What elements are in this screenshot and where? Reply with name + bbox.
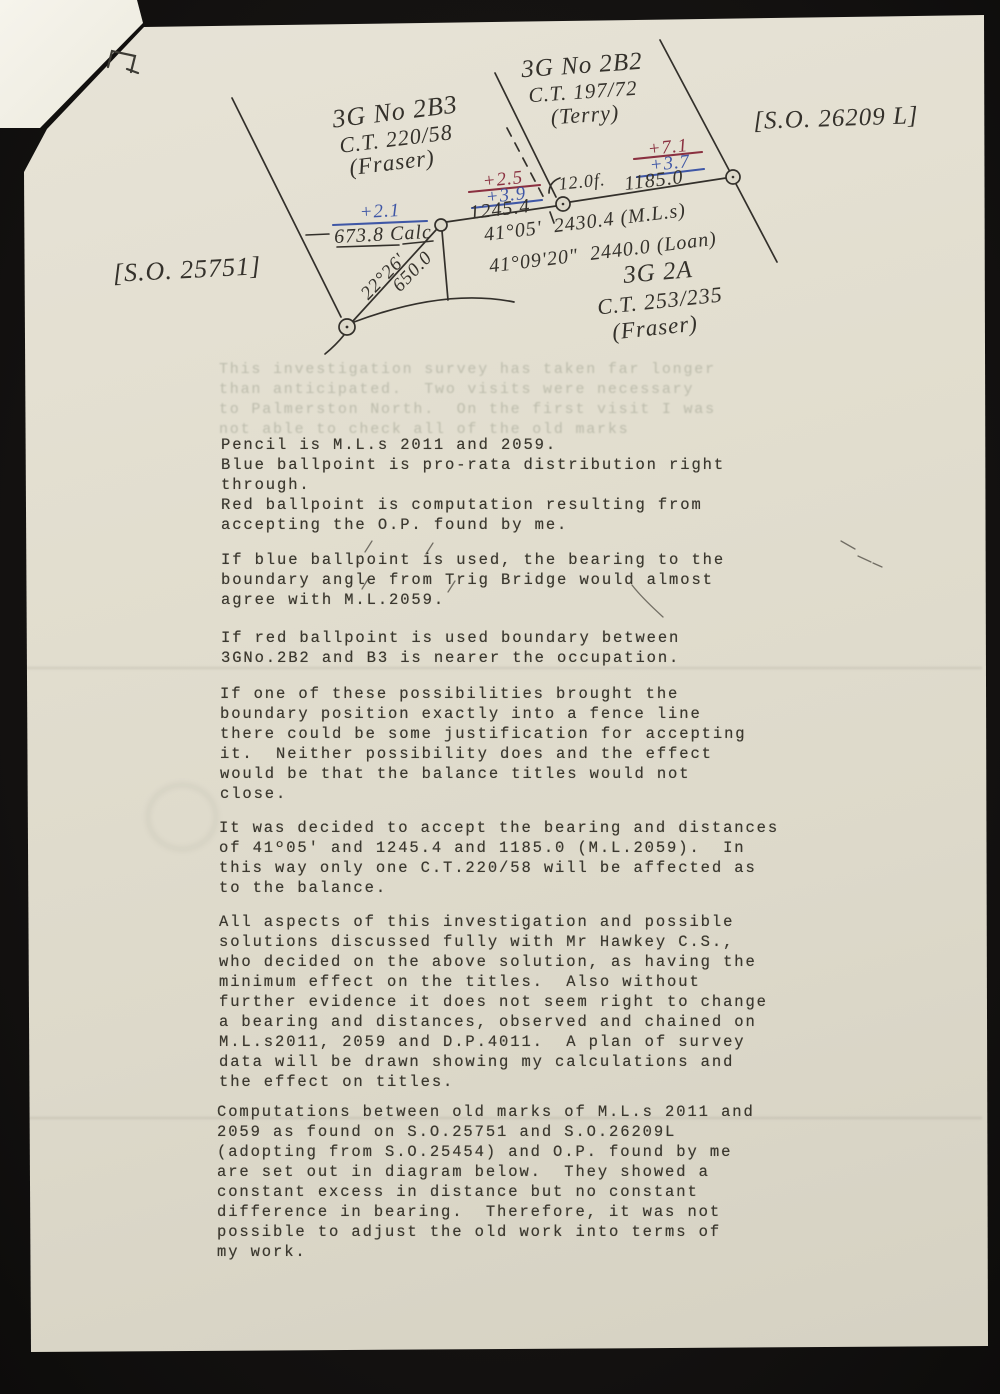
memo-page: [S.O. 25751] [S.O. 26209 L] 3G No 2B3 C.… [0,0,1000,1394]
mark-dot-junction [562,203,565,206]
mark-circle-vertex [435,219,447,231]
stray-dash-1 [841,541,855,549]
mark-circle-junction [556,197,570,211]
paragraph-discussion: All aspects of this investigation and po… [219,912,768,1092]
paragraph-decision: It was decided to accept the bearing and… [219,818,779,898]
offset-note: 12.0f. [558,169,607,195]
dash-left-of-calc [306,234,329,235]
calc-correction-blue: +2.1 [359,200,401,224]
right-boundary-lower [736,184,777,262]
vertical-tie-line [442,231,448,300]
parcel-b2-owner: (Terry) [550,100,620,131]
occupation-arc [354,298,514,322]
paragraph-ink-key: Pencil is M.L.s 2011 and 2059. Blue ball… [221,435,725,535]
scanned-survey-memo: [S.O. 25751] [S.O. 26209 L] 3G No 2B3 C.… [0,0,1000,1394]
seg2-distance: 1185.0 [623,166,685,196]
pencil-smudge [145,782,219,852]
so-ref-left: [S.O. 25751] [112,251,262,289]
left-boundary-tail [325,335,344,354]
paragraph-computations: Computations between old marks of M.L.s … [217,1102,755,1262]
calc-distance: 673.8 Calc [334,221,433,249]
so-ref-right: [S.O. 26209 L] [753,102,919,136]
mark-circle-east [726,170,740,184]
mark-dot-east [732,176,735,179]
paragraph-possibilities: If one of these possibilities brought th… [220,684,746,804]
mark-dot-sw [346,326,349,329]
stray-dash-2 [858,556,871,562]
mark-circle-sw [339,319,355,335]
paragraph-blue-option: If blue ballpoint is used, the bearing t… [221,550,725,610]
paragraph-red-option: If red ballpoint is used boundary betwee… [221,628,680,668]
stray-dash-3 [873,563,882,567]
bleed-through-text: This investigation survey has taken far … [219,360,716,440]
left-boundary-line [232,98,341,317]
